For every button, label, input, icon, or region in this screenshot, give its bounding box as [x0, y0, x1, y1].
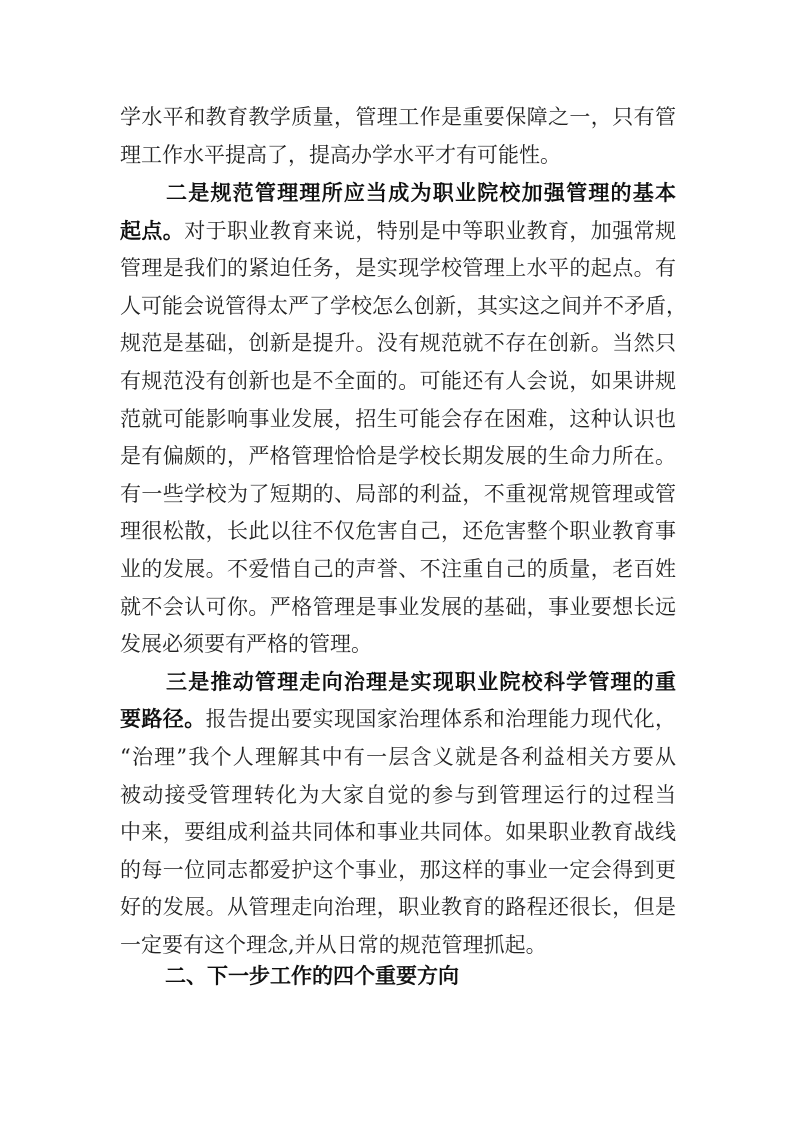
text-line: 理工作水平提高了，提高办学水平才有可能性。 [120, 140, 676, 170]
text-line: 有规范没有创新也是不全面的。可能还有人会说，如果讲规 [120, 366, 676, 396]
text-line: “治理”我个人理解其中有一层含义就是各利益相关方要从 [120, 742, 676, 772]
text-span: 报告提出要实现国家治理体系和治理能力现代化， [206, 707, 676, 731]
text-line: 中来，要组成利益共同体和事业共同体。如果职业教育战线 [120, 817, 676, 847]
text-line: 被动接受管理转化为大家自觉的参与到管理运行的过程当 [120, 780, 676, 810]
point-three-heading-end: 要路径。 [120, 706, 206, 731]
text-line: 范就可能影响事业发展，招生可能会存在困难，这种认识也 [120, 404, 676, 434]
document-page: 学水平和教育教学质量，管理工作是重要保障之一，只有管 理工作水平提高了，提高办学… [0, 0, 793, 1122]
text-span: 对于职业教育来说，特别是中等职业教育，加强常规 [184, 219, 676, 243]
point-three-heading: 三是推动管理走向治理是实现职业院校科学管理的重 [166, 667, 676, 697]
text-line: 管理是我们的紧迫任务，是实现学校管理上水平的起点。有 [120, 253, 676, 283]
text-line: 好的发展。从管理走向治理，职业教育的路程还很长，但是 [120, 892, 676, 922]
text-line: 发展必须要有严格的管理。 [120, 629, 676, 659]
text-line: 要路径。报告提出要实现国家治理体系和治理能力现代化， [120, 704, 676, 734]
text-line: 就不会认可你。严格管理是事业发展的基础，事业要想长远 [120, 592, 676, 622]
text-line: 起点。对于职业教育来说，特别是中等职业教育，加强常规 [120, 216, 676, 246]
text-line: 的每一位同志都爱护这个事业，那这样的事业一定会得到更 [120, 855, 676, 885]
text-line: 业的发展。不爱惜自己的声誉、不注重自己的质量，老百姓 [120, 554, 676, 584]
text-line: 一定要有这个理念,并从日常的规范管理抓起。 [120, 930, 676, 960]
point-two-heading: 二是规范管理理所应当成为职业院校加强管理的基本 [166, 178, 676, 208]
point-two-heading-end: 起点。 [120, 218, 184, 243]
text-line: 理很松散，长此以往不仅危害自己，还危害整个职业教育事 [120, 516, 676, 546]
text-line: 学水平和教育教学质量，管理工作是重要保障之一，只有管 [120, 102, 676, 132]
text-line: 规范是基础，创新是提升。没有规范就不存在创新。当然只 [120, 328, 676, 358]
section-heading: 二、下一步工作的四个重要方向 [165, 961, 459, 991]
text-line: 人可能会说管得太严了学校怎么创新，其实这之间并不矛盾， [120, 291, 676, 321]
text-line: 有一些学校为了短期的、局部的利益，不重视常规管理或管 [120, 479, 676, 509]
text-line: 是有偏颇的，严格管理恰恰是学校长期发展的生命力所在。 [120, 441, 676, 471]
